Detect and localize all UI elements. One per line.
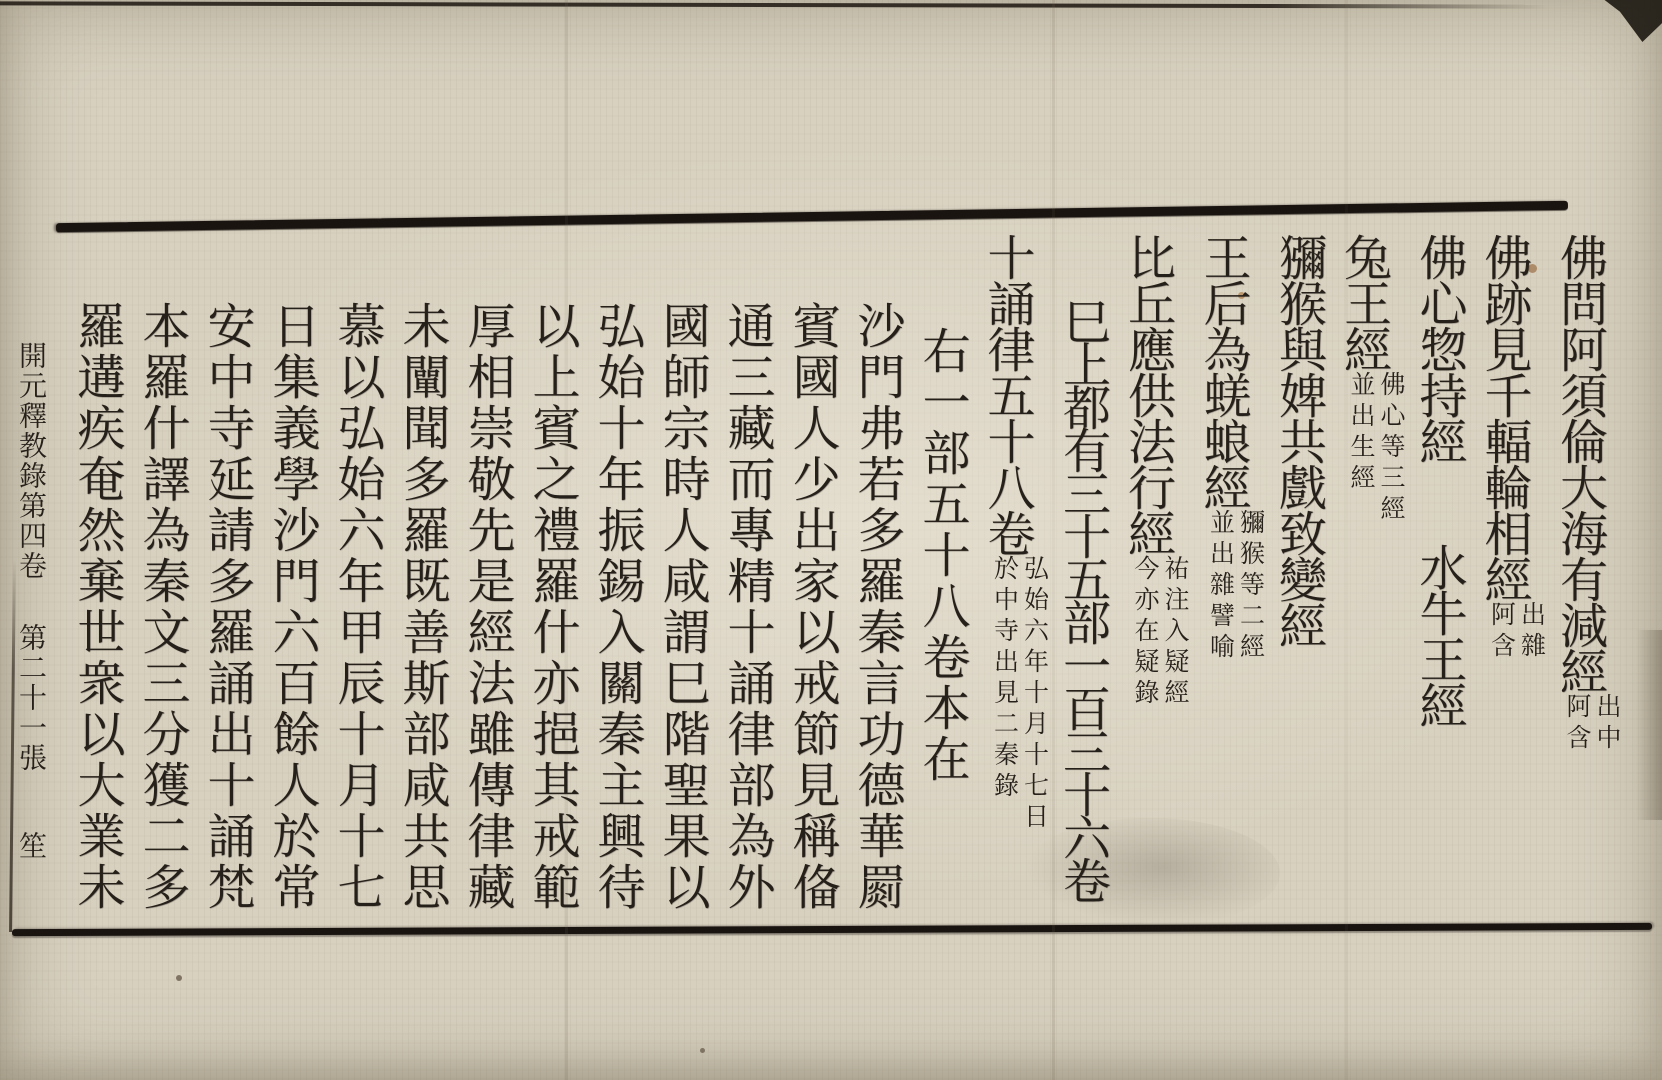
- entry-mihou-jing: 獼猴與婢共戲致變經: [1266, 233, 1331, 933]
- text-run: 賓國人少出家以戒節見稱俻: [784, 301, 840, 913]
- paper-speck: [700, 1048, 705, 1053]
- text-run: 王后為蜣蜋經: [1195, 233, 1251, 509]
- text-run: 第二十一張: [15, 623, 48, 773]
- edge-shadow: [1636, 630, 1662, 820]
- biography-line-11: 安中寺延請多羅誦出十誦梵: [194, 233, 259, 933]
- text-run: 安中寺延請多羅誦出十誦梵: [199, 301, 255, 913]
- interlinear-note-line: 阿含: [1562, 693, 1592, 755]
- biography-line-3: 通三藏而專精十誦律部為外: [714, 233, 779, 933]
- entry-wanghou-jing: 王后為蜣蜋經獼猴等二經並出雜譬喻: [1190, 233, 1266, 933]
- biography-line-2: 賓國人少出家以戒節見稱俻: [779, 233, 844, 933]
- text-run: 羅遘疾奄然棄世衆以大業未: [69, 301, 125, 913]
- text-run: 弘始十年振錫入關秦主興待: [589, 301, 645, 913]
- subtotal-line: 巳上都有三十五部一百三十六卷: [1050, 233, 1115, 933]
- biography-line-5: 弘始十年振錫入關秦主興待: [584, 233, 649, 933]
- top-border-rule: [56, 201, 1568, 232]
- biography-line-1: 沙門弗若多羅秦言功德華罽: [844, 233, 909, 933]
- biography-line-10: 日集義學沙門六百餘人於常: [259, 233, 324, 933]
- summary-line: 右一部五十八卷本在: [909, 233, 974, 933]
- interlinear-note: 佛心等三經並出生經: [1346, 371, 1406, 526]
- text-run: 佛問阿須倫大海有減經: [1552, 233, 1608, 693]
- colophon-column: 開元釋教錄第四卷第二十一張笙: [0, 233, 64, 933]
- text-block: 佛問阿須倫大海有減經出中阿含佛跡見千輻輪相經出雜阿含佛心惣持經水牛王經兔王經佛心…: [62, 233, 1622, 933]
- interlinear-note: 獼猴等二經並出雜譬喻: [1206, 509, 1266, 664]
- column-gap-spacer: [31, 773, 32, 831]
- interlinear-note: 弘始六年十月十七日於中寺出見二秦錄: [990, 555, 1050, 834]
- interlinear-note-line: 並出雜譬喻: [1206, 509, 1236, 664]
- biography-line-8: 未闡聞多羅既善斯部咸共思: [389, 233, 454, 933]
- entry-tuwang-jing: 兔王經佛心等三經並出生經: [1331, 233, 1407, 933]
- biography-line-7: 厚相崇敬先是經法雖傳律藏: [454, 233, 519, 933]
- text-run: 比丘應供法行經: [1120, 233, 1176, 555]
- text-run: 通三藏而專精十誦律部為外: [719, 301, 775, 913]
- entry-foji-qianfulunxiang-jing: 佛跡見千輻輪相經出雜阿含: [1471, 233, 1547, 933]
- text-run: 本羅什譯為秦文三分獲二多: [134, 301, 190, 913]
- interlinear-note: 出雜阿含: [1487, 601, 1547, 663]
- biography-line-4: 國師宗時人咸謂巳階聖果以: [649, 233, 714, 933]
- page-top-edge-line: [0, 1, 1548, 8]
- text-run: 獼猴與婢共戲致變經: [1271, 233, 1327, 647]
- text-run: 兔王經: [1336, 233, 1392, 371]
- interlinear-note-line: 出中: [1592, 693, 1622, 755]
- biography-line-13: 羅遘疾奄然棄世衆以大業未: [64, 233, 129, 933]
- entry-shisonglu: 十誦律五十八卷弘始六年十月十七日於中寺出見二秦錄: [974, 233, 1050, 933]
- interlinear-note-line: 出雜: [1517, 601, 1547, 663]
- interlinear-note: 出中阿含: [1562, 693, 1622, 755]
- text-run: 國師宗時人咸謂巳階聖果以: [654, 301, 710, 913]
- top-right-corner-mark: [1592, 0, 1662, 42]
- interlinear-note-line: 祐注入疑經: [1160, 555, 1190, 710]
- scanned-page: 佛問阿須倫大海有減經出中阿含佛跡見千輻輪相經出雜阿含佛心惣持經水牛王經兔王經佛心…: [0, 0, 1662, 1080]
- text-run: 未闡聞多羅既善斯部咸共思: [394, 301, 450, 913]
- column-gap-spacer: [31, 581, 32, 623]
- biography-line-9: 慕以弘始六年甲辰十月十七: [324, 233, 389, 933]
- text-run: 佛心惣持經: [1411, 233, 1467, 463]
- interlinear-note-line: 佛心等三經: [1376, 371, 1406, 526]
- text-run: 日集義學沙門六百餘人於常: [264, 301, 320, 913]
- text-run: 佛跡見千輻輪相經: [1476, 233, 1532, 601]
- text-run: 十誦律五十八卷: [979, 233, 1035, 555]
- entry-biqiu-jing: 比丘應供法行經祐注入疑經今亦在疑錄: [1115, 233, 1191, 933]
- column-gap-spacer: [1439, 463, 1440, 543]
- text-run: 厚相崇敬先是經法雖傳律藏: [459, 301, 515, 913]
- biography-line-12: 本羅什譯為秦文三分獲二多: [129, 233, 194, 933]
- text-run: 水牛王經: [1411, 543, 1467, 727]
- entry-foxin-and-shuiniuwang-jing: 佛心惣持經水牛王經: [1406, 233, 1471, 933]
- interlinear-note-line: 阿含: [1487, 601, 1517, 663]
- text-run: 沙門弗若多羅秦言功德華罽: [849, 301, 905, 913]
- text-run: 巳上都有三十五部一百三十六卷: [1055, 297, 1111, 899]
- text-run: 慕以弘始六年甲辰十月十七: [329, 301, 385, 913]
- interlinear-note-line: 弘始六年十月十七日: [1020, 555, 1050, 834]
- interlinear-note-line: 獼猴等二經: [1236, 509, 1266, 664]
- text-run: 右一部五十八卷本在: [914, 326, 970, 785]
- interlinear-note: 祐注入疑經今亦在疑錄: [1130, 555, 1190, 710]
- text-run: 開元釋教錄第四卷: [15, 341, 48, 581]
- entry-fowen-axulun-jing: 佛問阿須倫大海有減經出中阿含: [1547, 233, 1623, 933]
- biography-line-6: 以上賓之禮羅什亦挹其戒範: [519, 233, 584, 933]
- interlinear-note-line: 於中寺出見二秦錄: [990, 555, 1020, 834]
- interlinear-note-line: 並出生經: [1346, 371, 1376, 526]
- interlinear-note-line: 今亦在疑錄: [1130, 555, 1160, 710]
- text-run: 笙: [15, 831, 48, 861]
- paper-speck: [176, 975, 182, 981]
- text-run: 以上賓之禮羅什亦挹其戒範: [524, 301, 580, 913]
